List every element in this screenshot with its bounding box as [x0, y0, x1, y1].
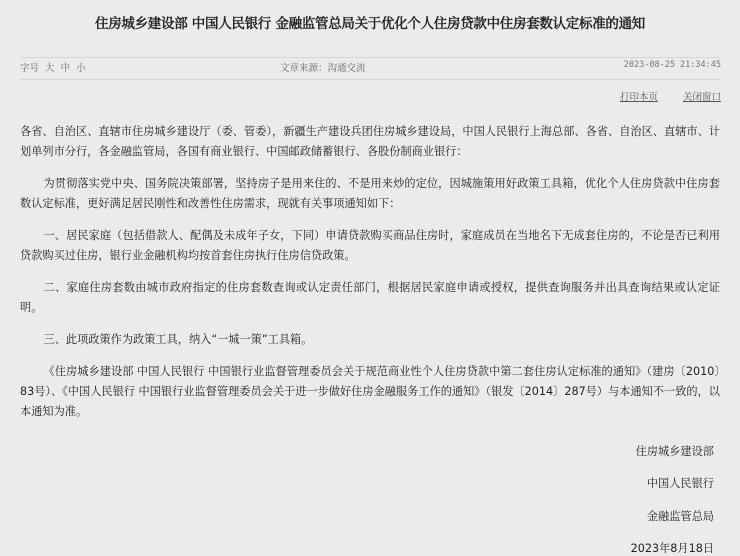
divider-bottom [20, 79, 721, 80]
page-actions: 打印本页 关闭窗口 [598, 89, 721, 103]
font-size-medium-link[interactable]: 中 [61, 63, 71, 74]
signature-issuer-3: 金融监管总局 [647, 508, 714, 524]
article-source: 文章来源：沟通交流 [280, 60, 366, 74]
article-body: 各省、自治区、直辖市住房城乡建设厅（委、管委），新疆生产建设兵团住房城乡建设局，… [20, 122, 720, 434]
font-size-large-link[interactable]: 大 [45, 63, 55, 74]
intro-paragraph: 为贯彻落实党中央、国务院决策部署，坚持房子是用来住的、不是用来炒的定位，因城施策… [20, 174, 720, 214]
clause-2-paragraph: 二、家庭住房套数由城市政府指定的住房套数查询或认定责任部门，根据居民家庭申请或授… [20, 278, 720, 318]
close-window-link[interactable]: 关闭窗口 [683, 92, 721, 103]
clause-3-paragraph: 三、此项政策作为政策工具，纳入“一城一策”工具箱。 [20, 330, 720, 350]
font-size-controls: 字号 大 中 小 [20, 60, 86, 74]
print-page-link[interactable]: 打印本页 [620, 92, 658, 103]
font-size-small-link[interactable]: 小 [76, 63, 86, 74]
signature-issuer-1: 住房城乡建设部 [636, 443, 714, 459]
publish-datetime: 2023-08-25 21:34:45 [624, 60, 721, 70]
addressee-paragraph: 各省、自治区、直辖市住房城乡建设厅（委、管委），新疆生产建设兵团住房城乡建设局，… [20, 122, 720, 162]
signature-date: 2023年8月18日 [631, 540, 714, 556]
meta-row: 字号 大 中 小 文章来源：沟通交流 2023-08-25 21:34:45 [20, 60, 721, 76]
font-size-label: 字号 [20, 63, 39, 74]
supersede-paragraph: 《住房城乡建设部 中国人民银行 中国银行业监督管理委员会关于规范商业性个人住房贷… [20, 362, 720, 422]
divider-top [20, 57, 721, 58]
signature-issuer-2: 中国人民银行 [647, 475, 714, 491]
article-title: 住房城乡建设部 中国人民银行 金融监管总局关于优化个人住房贷款中住房套数认定标准… [0, 12, 740, 32]
clause-1-paragraph: 一、居民家庭（包括借款人、配偶及未成年子女，下同）申请贷款购买商品住房时，家庭成… [20, 226, 720, 266]
